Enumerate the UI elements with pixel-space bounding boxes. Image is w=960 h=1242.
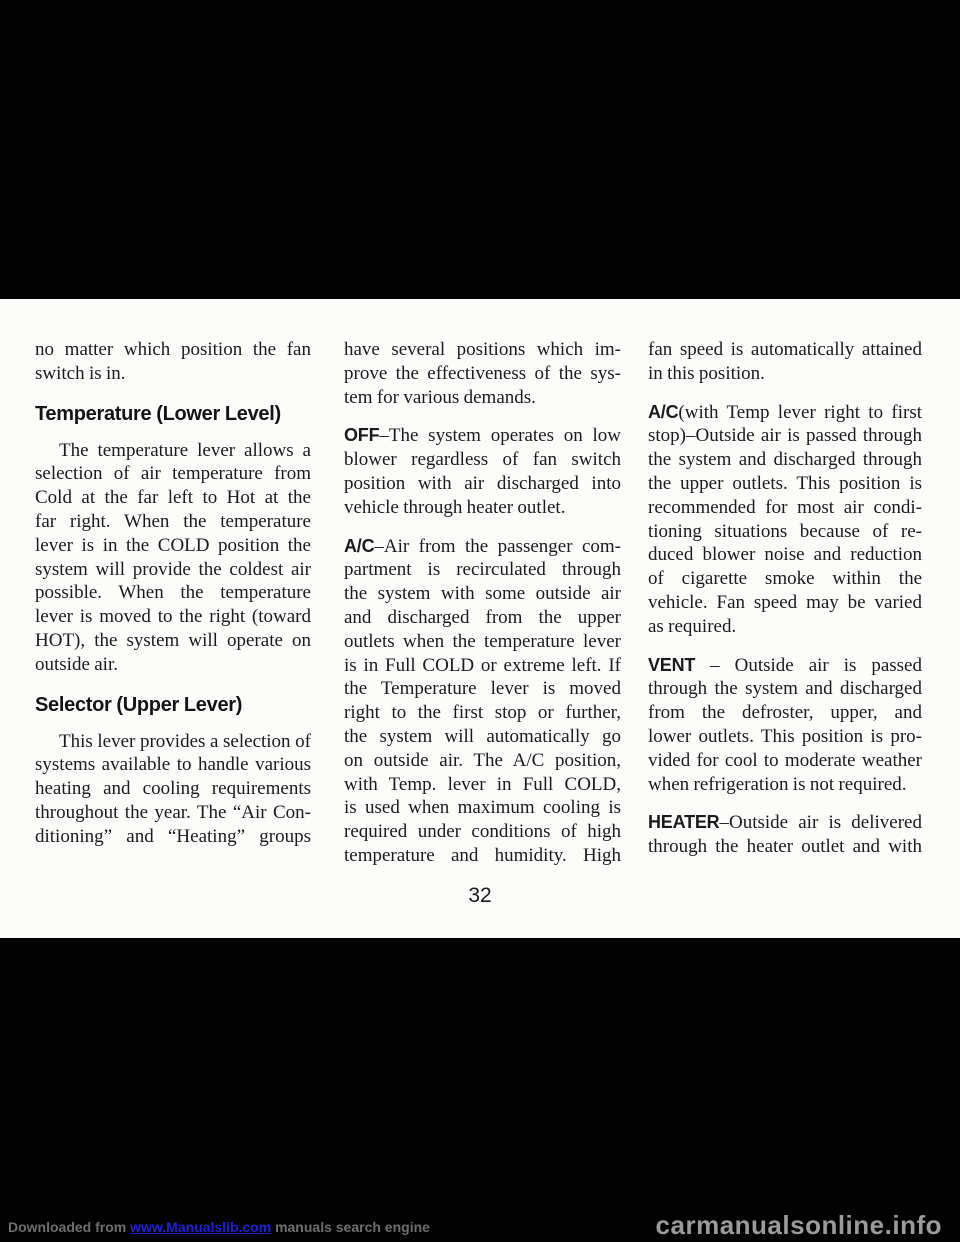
text-line: position with air discharged into bbox=[344, 472, 621, 496]
text-line: lever is in the COLD position the bbox=[35, 534, 311, 558]
text-line: temperature and humidity. High bbox=[344, 844, 621, 868]
text-line: lower outlets. This position is pro- bbox=[648, 725, 922, 749]
text-line: right to the first stop or further, bbox=[344, 701, 621, 725]
text-line: HOT), the system will operate on bbox=[35, 629, 311, 653]
watermark-suffix: manuals search engine bbox=[271, 1219, 430, 1235]
text-line: in this position. bbox=[648, 362, 922, 386]
text-line: recommended for most air condi- bbox=[648, 496, 922, 520]
text-line: of cigarette smoke within the bbox=[648, 567, 922, 591]
paragraph: OFF–The system operates on lowblower reg… bbox=[344, 424, 621, 519]
paragraph: The temperature lever allows aselection … bbox=[35, 439, 311, 677]
text-line: VENT – Outside air is passed bbox=[648, 654, 922, 678]
text-line: on outside air. The A/C position, bbox=[344, 749, 621, 773]
text-line: far right. When the temperature bbox=[35, 510, 311, 534]
text-line: fan speed is automatically attained bbox=[648, 338, 922, 362]
text-line: the system with some outside air bbox=[344, 582, 621, 606]
text-line: blower regardless of fan switch bbox=[344, 448, 621, 472]
paragraph: HEATER–Outside air is deliveredthrough t… bbox=[648, 811, 922, 859]
scanned-manual-page: no matter which position the fanswitch i… bbox=[0, 0, 960, 1242]
text-line: through the system and discharged bbox=[648, 677, 922, 701]
text-line: the system and discharged through bbox=[648, 448, 922, 472]
paragraph: have several positions which im-prove th… bbox=[344, 338, 621, 409]
text-line: systems available to handle various bbox=[35, 753, 311, 777]
text-line: is in Full COLD or extreme left. If bbox=[344, 654, 621, 678]
text-line: lever is moved to the right (toward bbox=[35, 605, 311, 629]
text-line: with Temp. lever in Full COLD, bbox=[344, 773, 621, 797]
text-line: switch is in. bbox=[35, 362, 311, 386]
text-line: partment is recirculated through bbox=[344, 558, 621, 582]
text-line: tioning situations because of re- bbox=[648, 520, 922, 544]
text-line: tem for various demands. bbox=[344, 386, 621, 410]
text-line: the Temperature lever is moved bbox=[344, 677, 621, 701]
text-line: HEATER–Outside air is delivered bbox=[648, 811, 922, 835]
text-line: The temperature lever allows a bbox=[35, 439, 311, 463]
text-line: prove the effectiveness of the sys- bbox=[344, 362, 621, 386]
text-line: when refrigeration is not required. bbox=[648, 773, 922, 797]
text-line: through the heater outlet and with bbox=[648, 835, 922, 859]
watermark-prefix: Downloaded from bbox=[8, 1219, 130, 1235]
text-line: from the defroster, upper, and bbox=[648, 701, 922, 725]
manual-page-sheet: no matter which position the fanswitch i… bbox=[0, 299, 960, 938]
text-line: A/C(with Temp lever right to first bbox=[648, 401, 922, 425]
text-line: OFF–The system operates on low bbox=[344, 424, 621, 448]
text-line: vehicle. Fan speed may be varied bbox=[648, 591, 922, 615]
text-line: stop)–Outside air is passed through bbox=[648, 424, 922, 448]
text-column-center: have several positions which im-prove th… bbox=[344, 338, 621, 868]
text-line: and discharged from the upper bbox=[344, 606, 621, 630]
paragraph: A/C(with Temp lever right to firststop)–… bbox=[648, 401, 922, 639]
section-heading: Selector (Upper Lever) bbox=[35, 692, 311, 718]
text-line: This lever provides a selection of bbox=[35, 730, 311, 754]
bold-lead: VENT bbox=[648, 655, 695, 675]
text-line: vehicle through heater outlet. bbox=[344, 496, 621, 520]
text-line: have several positions which im- bbox=[344, 338, 621, 362]
bold-lead: OFF bbox=[344, 425, 379, 445]
top-black-band bbox=[0, 0, 960, 299]
text-line: Cold at the far left to Hot at the bbox=[35, 486, 311, 510]
text-line: A/C–Air from the passenger com- bbox=[344, 535, 621, 559]
text-line: vided for cool to moderate weather bbox=[648, 749, 922, 773]
watermark-line: Downloaded from www.Manualslib.com manua… bbox=[8, 1219, 430, 1235]
text-line: duced blower noise and reduction bbox=[648, 543, 922, 567]
paragraph: A/C–Air from the passenger com-partment … bbox=[344, 535, 621, 868]
text-line: outlets when the temperature lever bbox=[344, 630, 621, 654]
text-line: system will provide the coldest air bbox=[35, 558, 311, 582]
text-line: possible. When the temperature bbox=[35, 581, 311, 605]
text-line: heating and cooling requirements bbox=[35, 777, 311, 801]
paragraph: This lever provides a selection ofsystem… bbox=[35, 730, 311, 849]
paragraph: no matter which position the fanswitch i… bbox=[35, 338, 311, 386]
text-line: ditioning” and “Heating” groups bbox=[35, 825, 311, 849]
section-heading: Temperature (Lower Level) bbox=[35, 401, 311, 427]
text-line: is used when maximum cooling is bbox=[344, 796, 621, 820]
paragraph: VENT – Outside air is passedthrough the … bbox=[648, 654, 922, 797]
bottom-black-band: Downloaded from www.Manualslib.com manua… bbox=[0, 938, 960, 1242]
text-line: the upper outlets. This position is bbox=[648, 472, 922, 496]
text-line: no matter which position the fan bbox=[35, 338, 311, 362]
paragraph: fan speed is automatically attainedin th… bbox=[648, 338, 922, 386]
page-number: 32 bbox=[0, 884, 960, 908]
text-line: selection of air temperature from bbox=[35, 462, 311, 486]
text-line: required under conditions of high bbox=[344, 820, 621, 844]
text-column-right: fan speed is automatically attainedin th… bbox=[648, 338, 922, 859]
bold-lead: A/C bbox=[344, 536, 374, 556]
site-watermark: carmanualsonline.info bbox=[656, 1210, 942, 1241]
text-column-left: no matter which position the fanswitch i… bbox=[35, 338, 311, 849]
text-line: outside air. bbox=[35, 653, 311, 677]
text-line: throughout the year. The “Air Con- bbox=[35, 801, 311, 825]
bold-lead: A/C bbox=[648, 402, 678, 422]
text-line: as required. bbox=[648, 615, 922, 639]
text-line: the system will automatically go bbox=[344, 725, 621, 749]
bold-lead: HEATER bbox=[648, 812, 719, 832]
manualslib-link[interactable]: www.Manualslib.com bbox=[130, 1219, 271, 1235]
